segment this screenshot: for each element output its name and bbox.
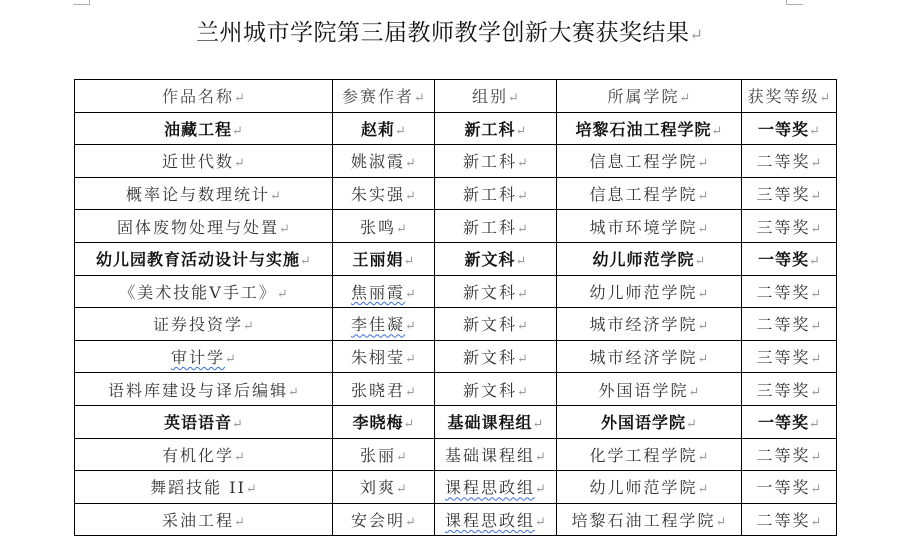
work-name-text: 固体废物处理与处置 (117, 218, 279, 237)
paragraph-mark-icon: ↵ (698, 287, 709, 302)
cell-author[interactable]: 张晓君↵ (333, 373, 435, 406)
cell-author[interactable]: 朱栩莹↵ (333, 340, 435, 373)
paragraph-mark-icon: ↵ (414, 91, 425, 106)
cell-award-level[interactable]: 二等奖↵ (742, 275, 837, 308)
paragraph-mark-icon: ↵ (811, 222, 822, 237)
paragraph-mark-icon: ↵ (535, 515, 546, 530)
paragraph-mark-icon: ↵ (811, 385, 822, 400)
cell-award-level[interactable]: 三等奖↵ (742, 177, 837, 210)
table-row: 概率论与数理统计↵朱实强↵新工科↵信息工程学院↵三等奖↵ (75, 177, 837, 210)
award-level-text: 一等奖 (758, 120, 809, 139)
group-text: 新文科 (463, 315, 517, 334)
paragraph-mark-icon: ↵ (690, 25, 703, 44)
work-name-text: 舞蹈技能 II (150, 478, 246, 497)
group-text: 新工科 (463, 218, 517, 237)
table-row: 近世代数↵姚淑霞↵新工科↵信息工程学院↵二等奖↵ (75, 145, 837, 178)
paragraph-mark-icon: ↵ (396, 482, 407, 497)
table-row: 油藏工程↵赵莉↵新工科↵培黎石油工程学院↵一等奖↵ (75, 112, 837, 145)
work-name-text: 《美术技能V手工》 (119, 283, 277, 302)
award-level-text: 一等奖 (757, 478, 811, 497)
cell-group[interactable]: 新文科↵ (435, 275, 557, 308)
paragraph-mark-icon: ↵ (405, 352, 416, 367)
paragraph-mark-icon: ↵ (698, 319, 709, 334)
paragraph-mark-icon: ↵ (234, 515, 245, 530)
cell-work-name[interactable]: 英语语音↵ (75, 405, 333, 438)
paragraph-mark-icon: ↵ (300, 254, 311, 269)
cell-college[interactable]: 信息工程学院↵ (557, 177, 742, 210)
paragraph-mark-icon: ↵ (698, 482, 709, 497)
cell-college[interactable]: 幼儿师范学院↵ (557, 275, 742, 308)
table-row: 《美术技能V手工》↵焦丽霞↵新文科↵幼儿师范学院↵二等奖↵ (75, 275, 837, 308)
college-text: 幼儿师范学院 (590, 478, 698, 497)
author-text: 刘爽 (360, 478, 396, 497)
paragraph-mark-icon: ↵ (277, 287, 288, 302)
paragraph-mark-icon: ↵ (405, 287, 416, 302)
cell-work-name[interactable]: 油藏工程↵ (75, 112, 333, 145)
work-name-text: 有机化学 (162, 446, 234, 465)
award-level-text: 二等奖 (757, 283, 811, 302)
paragraph-mark-icon: ↵ (698, 352, 709, 367)
author-text: 安会明 (351, 511, 405, 530)
cell-work-name[interactable]: 近世代数↵ (75, 145, 333, 178)
paragraph-mark-icon: ↵ (232, 124, 243, 139)
cell-author[interactable]: 李晓梅↵ (333, 405, 435, 438)
paragraph-mark-icon: ↵ (270, 189, 281, 204)
award-level-text: 二等奖 (757, 152, 811, 171)
award-level-text: 二等奖 (757, 446, 811, 465)
paragraph-mark-icon: ↵ (535, 482, 546, 497)
paragraph-mark-icon: ↵ (288, 385, 299, 400)
paragraph-mark-icon: ↵ (517, 156, 528, 171)
cell-work-name[interactable]: 采油工程↵ (75, 503, 333, 536)
cell-work-name[interactable]: 证券投资学↵ (75, 308, 333, 341)
cell-college[interactable]: 幼儿师范学院↵ (557, 471, 742, 504)
paragraph-mark-icon: ↵ (698, 156, 709, 171)
paragraph-mark-icon: ↵ (396, 450, 407, 465)
college-text: 城市环境学院 (590, 218, 698, 237)
paragraph-mark-icon: ↵ (516, 124, 527, 139)
paragraph-mark-icon: ↵ (695, 254, 706, 269)
author-text: 朱栩莹 (351, 348, 405, 367)
header-award-level-text: 获奖等级 (748, 87, 820, 106)
paragraph-mark-icon: ↵ (517, 287, 528, 302)
cell-award-level[interactable]: 二等奖↵ (742, 145, 837, 178)
college-text: 培黎石油工程学院 (576, 120, 712, 139)
table-row: 固体废物处理与处置↵张鸣↵新工科↵城市环境学院↵三等奖↵ (75, 210, 837, 243)
award-level-text: 一等奖 (758, 413, 809, 432)
cell-work-name[interactable]: 固体废物处理与处置↵ (75, 210, 333, 243)
paragraph-mark-icon: ↵ (232, 417, 243, 432)
paragraph-mark-icon: ↵ (712, 124, 723, 139)
author-text: 姚淑霞 (351, 152, 405, 171)
group-text: 新工科 (465, 120, 516, 139)
paragraph-mark-icon: ↵ (811, 515, 822, 530)
paragraph-mark-icon: ↵ (809, 124, 820, 139)
cell-award-level[interactable]: 三等奖↵ (742, 340, 837, 373)
paragraph-mark-icon: ↵ (698, 222, 709, 237)
cell-group[interactable]: 基础课程组↵ (435, 438, 557, 471)
document-title[interactable]: 兰州城市学院第三届教师教学创新大赛获奖结果↵ (0, 14, 899, 47)
header-author-text: 参赛作者 (342, 87, 414, 106)
cell-author[interactable]: 焦丽霞↵ (333, 275, 435, 308)
paragraph-mark-icon: ↵ (404, 254, 415, 269)
cell-award-level[interactable]: 一等奖↵ (742, 112, 837, 145)
paragraph-mark-icon: ↵ (698, 450, 709, 465)
cell-work-name[interactable]: 语料库建设与译后编辑↵ (75, 373, 333, 406)
group-text: 新文科 (463, 381, 517, 400)
paragraph-mark-icon: ↵ (517, 222, 528, 237)
paragraph-mark-icon: ↵ (225, 352, 236, 367)
cell-group[interactable]: 新工科↵ (435, 145, 557, 178)
cell-group[interactable]: 新文科↵ (435, 242, 557, 275)
cell-group[interactable]: 新工科↵ (435, 177, 557, 210)
header-group-text: 组别 (472, 87, 508, 106)
college-text: 外国语学院 (601, 413, 686, 432)
college-text: 城市经济学院 (590, 315, 698, 334)
cell-award-level[interactable]: 二等奖↵ (742, 438, 837, 471)
table-row: 英语语音↵李晓梅↵基础课程组↵外国语学院↵一等奖↵ (75, 405, 837, 438)
paragraph-mark-icon: ↵ (533, 417, 544, 432)
paragraph-mark-icon: ↵ (811, 319, 822, 334)
cell-work-name[interactable]: 有机化学↵ (75, 438, 333, 471)
group-text: 新文科 (463, 283, 517, 302)
work-name-text: 证券投资学 (153, 315, 243, 334)
cell-college[interactable]: 外国语学院↵ (557, 373, 742, 406)
paragraph-mark-icon: ↵ (404, 417, 415, 432)
award-level-text: 三等奖 (757, 218, 811, 237)
cell-award-level[interactable]: 三等奖↵ (742, 373, 837, 406)
cell-author[interactable]: 刘爽↵ (333, 471, 435, 504)
author-text: 焦丽霞 (351, 283, 405, 302)
cell-group[interactable]: 新文科↵ (435, 373, 557, 406)
cell-award-level[interactable]: 一等奖↵ (742, 405, 837, 438)
cell-author[interactable]: 王丽娟↵ (333, 242, 435, 275)
college-text: 城市经济学院 (590, 348, 698, 367)
cell-header-award-level[interactable]: 获奖等级↵ (742, 80, 837, 113)
paragraph-mark-icon: ↵ (508, 91, 519, 106)
cell-group[interactable]: 课程思政组↵ (435, 503, 557, 536)
work-name-text: 幼儿园教育活动设计与实施 (96, 250, 300, 269)
paragraph-mark-icon: ↵ (234, 450, 245, 465)
paragraph-mark-icon: ↵ (517, 385, 528, 400)
college-text: 幼儿师范学院 (593, 250, 695, 269)
author-text: 朱实强 (351, 185, 405, 204)
cell-header-group[interactable]: 组别↵ (435, 80, 557, 113)
award-level-text: 三等奖 (757, 348, 811, 367)
cell-group[interactable]: 新工科↵ (435, 112, 557, 145)
table-row: 幼儿园教育活动设计与实施↵王丽娟↵新文科↵幼儿师范学院↵一等奖↵ (75, 242, 837, 275)
award-level-text: 二等奖 (757, 511, 811, 530)
group-text: 基础课程组 (448, 413, 533, 432)
document-title-text: 兰州城市学院第三届教师教学创新大赛获奖结果 (196, 20, 690, 46)
group-text: 基础课程组 (445, 446, 535, 465)
cell-award-level[interactable]: 三等奖↵ (742, 210, 837, 243)
paragraph-mark-icon: ↵ (689, 385, 700, 400)
paragraph-mark-icon: ↵ (716, 515, 727, 530)
cell-award-level[interactable]: 二等奖↵ (742, 503, 837, 536)
cell-work-name[interactable]: 舞蹈技能 II↵ (75, 471, 333, 504)
group-text: 课程思政组 (445, 478, 535, 497)
cell-group[interactable]: 新工科↵ (435, 210, 557, 243)
header-work-name-text: 作品名称 (162, 87, 234, 106)
paragraph-mark-icon: ↵ (395, 124, 406, 139)
cell-author[interactable]: 张丽↵ (333, 438, 435, 471)
paragraph-mark-icon: ↵ (535, 450, 546, 465)
cell-header-author[interactable]: 参赛作者↵ (333, 80, 435, 113)
paragraph-mark-icon: ↵ (246, 482, 257, 497)
work-name-text: 油藏工程 (164, 120, 232, 139)
author-text: 赵莉 (361, 120, 395, 139)
cell-award-level[interactable]: 二等奖↵ (742, 308, 837, 341)
cell-group[interactable]: 新文科↵ (435, 308, 557, 341)
table-row: 有机化学↵张丽↵基础课程组↵化学工程学院↵二等奖↵ (75, 438, 837, 471)
cell-work-name[interactable]: 《美术技能V手工》↵ (75, 275, 333, 308)
author-text: 张晓君 (351, 381, 405, 400)
cell-college[interactable]: 化学工程学院↵ (557, 438, 742, 471)
paragraph-mark-icon: ↵ (811, 352, 822, 367)
work-name-text: 概率论与数理统计 (126, 185, 270, 204)
paragraph-mark-icon: ↵ (396, 222, 407, 237)
paragraph-mark-icon: ↵ (686, 417, 697, 432)
cell-college[interactable]: 幼儿师范学院↵ (557, 242, 742, 275)
page-corner-mark-right (786, 0, 803, 5)
table-header-row: 作品名称↵参赛作者↵组别↵所属学院↵获奖等级↵ (75, 80, 837, 113)
group-text: 课程思政组 (445, 511, 535, 530)
cell-college[interactable]: 城市环境学院↵ (557, 210, 742, 243)
college-text: 信息工程学院 (590, 152, 698, 171)
paragraph-mark-icon: ↵ (243, 319, 254, 334)
college-text: 信息工程学院 (590, 185, 698, 204)
cell-work-name[interactable]: 审计学↵ (75, 340, 333, 373)
table-row: 证券投资学↵李佳凝↵新文科↵城市经济学院↵二等奖↵ (75, 308, 837, 341)
table-row: 采油工程↵安会明↵课程思政组↵培黎石油工程学院↵二等奖↵ (75, 503, 837, 536)
paragraph-mark-icon: ↵ (234, 156, 245, 171)
group-text: 新工科 (463, 152, 517, 171)
work-name-text: 近世代数 (162, 152, 234, 171)
paragraph-mark-icon: ↵ (405, 189, 416, 204)
award-level-text: 一等奖 (758, 250, 809, 269)
paragraph-mark-icon: ↵ (279, 222, 290, 237)
author-text: 李佳凝 (351, 315, 405, 334)
group-text: 新工科 (463, 185, 517, 204)
page-corner-mark-left (73, 0, 90, 5)
paragraph-mark-icon: ↵ (811, 482, 822, 497)
paragraph-mark-icon: ↵ (809, 254, 820, 269)
college-text: 培黎石油工程学院 (572, 511, 716, 530)
cell-author[interactable]: 安会明↵ (333, 503, 435, 536)
paragraph-mark-icon: ↵ (680, 91, 691, 106)
paragraph-mark-icon: ↵ (516, 254, 527, 269)
paragraph-mark-icon: ↵ (820, 91, 831, 106)
work-name-text: 语料库建设与译后编辑 (108, 381, 288, 400)
awards-table: 作品名称↵参赛作者↵组别↵所属学院↵获奖等级↵油藏工程↵赵莉↵新工科↵培黎石油工… (74, 79, 837, 536)
award-level-text: 二等奖 (757, 315, 811, 334)
cell-header-work-name[interactable]: 作品名称↵ (75, 80, 333, 113)
paragraph-mark-icon: ↵ (517, 189, 528, 204)
award-level-text: 三等奖 (757, 185, 811, 204)
header-college-text: 所属学院 (608, 87, 680, 106)
cell-college[interactable]: 培黎石油工程学院↵ (557, 112, 742, 145)
paragraph-mark-icon: ↵ (405, 319, 416, 334)
cell-author[interactable]: 朱实强↵ (333, 177, 435, 210)
award-level-text: 三等奖 (757, 381, 811, 400)
cell-work-name[interactable]: 幼儿园教育活动设计与实施↵ (75, 242, 333, 275)
author-text: 李晓梅 (353, 413, 404, 432)
cell-college[interactable]: 信息工程学院↵ (557, 145, 742, 178)
table-row: 语料库建设与译后编辑↵张晓君↵新文科↵外国语学院↵三等奖↵ (75, 373, 837, 406)
table-row: 审计学↵朱栩莹↵新文科↵城市经济学院↵三等奖↵ (75, 340, 837, 373)
paragraph-mark-icon: ↵ (698, 189, 709, 204)
group-text: 新文科 (463, 348, 517, 367)
cell-college[interactable]: 培黎石油工程学院↵ (557, 503, 742, 536)
cell-author[interactable]: 赵莉↵ (333, 112, 435, 145)
author-text: 张鸣 (360, 218, 396, 237)
cell-award-level[interactable]: 一等奖↵ (742, 471, 837, 504)
college-text: 化学工程学院 (590, 446, 698, 465)
work-name-text: 采油工程 (162, 511, 234, 530)
paragraph-mark-icon: ↵ (405, 515, 416, 530)
cell-college[interactable]: 外国语学院↵ (557, 405, 742, 438)
cell-award-level[interactable]: 一等奖↵ (742, 242, 837, 275)
college-text: 外国语学院 (599, 381, 689, 400)
group-text: 新文科 (465, 250, 516, 269)
college-text: 幼儿师范学院 (590, 283, 698, 302)
paragraph-mark-icon: ↵ (234, 91, 245, 106)
cell-college[interactable]: 城市经济学院↵ (557, 340, 742, 373)
paragraph-mark-icon: ↵ (811, 450, 822, 465)
cell-college[interactable]: 城市经济学院↵ (557, 308, 742, 341)
cell-work-name[interactable]: 概率论与数理统计↵ (75, 177, 333, 210)
paragraph-mark-icon: ↵ (405, 385, 416, 400)
paragraph-mark-icon: ↵ (809, 417, 820, 432)
cell-author[interactable]: 李佳凝↵ (333, 308, 435, 341)
paragraph-mark-icon: ↵ (811, 189, 822, 204)
paragraph-mark-icon: ↵ (811, 156, 822, 171)
paragraph-mark-icon: ↵ (517, 352, 528, 367)
author-text: 王丽娟 (353, 250, 404, 269)
cell-group[interactable]: 基础课程组↵ (435, 405, 557, 438)
cell-author[interactable]: 姚淑霞↵ (333, 145, 435, 178)
author-text: 张丽 (360, 446, 396, 465)
work-name-text: 审计学 (171, 348, 225, 367)
paragraph-mark-icon: ↵ (811, 287, 822, 302)
cell-group[interactable]: 新文科↵ (435, 340, 557, 373)
paragraph-mark-icon: ↵ (405, 156, 416, 171)
paragraph-mark-icon: ↵ (517, 319, 528, 334)
cell-header-college[interactable]: 所属学院↵ (557, 80, 742, 113)
work-name-text: 英语语音 (164, 413, 232, 432)
cell-author[interactable]: 张鸣↵ (333, 210, 435, 243)
cell-group[interactable]: 课程思政组↵ (435, 471, 557, 504)
table-row: 舞蹈技能 II↵刘爽↵课程思政组↵幼儿师范学院↵一等奖↵ (75, 471, 837, 504)
